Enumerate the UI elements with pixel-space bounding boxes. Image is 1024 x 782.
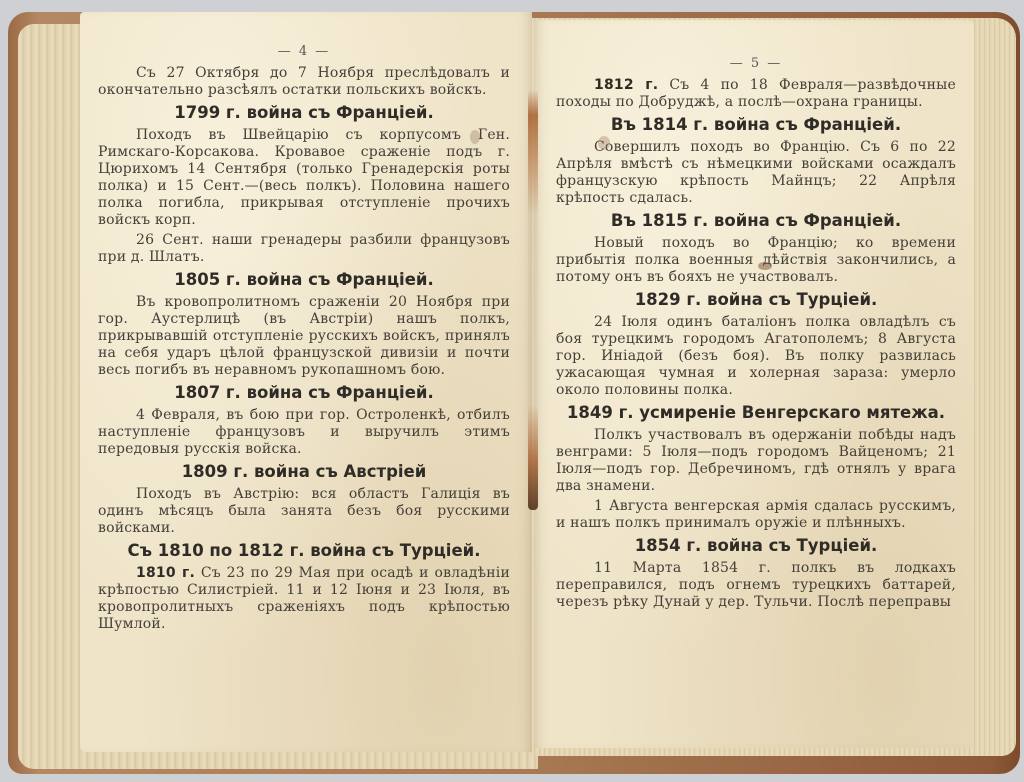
paragraph: 1 Августа венгерская армія сдалась русск…: [556, 498, 956, 532]
right-page: — 5 — 1812 г. Съ 4 по 18 Февраля—развѣдо…: [534, 20, 974, 748]
paragraph: 1812 г. Съ 4 по 18 Февраля—развѣдочные п…: [556, 77, 956, 111]
year-lead: 1810 г.: [136, 565, 195, 581]
year-lead: 1812 г.: [594, 77, 658, 93]
page-number: — 5 —: [556, 56, 956, 71]
paper-stain: [758, 262, 772, 270]
section-heading: 1799 г. война съ Франціей.: [98, 103, 510, 122]
paragraph: Съ 27 Октября до 7 Ноября преслѣдовалъ и…: [98, 65, 510, 99]
section-heading: 1809 г. война съ Австріей: [98, 462, 510, 481]
paragraph: Походъ въ Австрію: вся областъ Галиція в…: [98, 486, 510, 537]
section-heading: Въ 1815 г. война съ Франціей.: [556, 211, 956, 230]
section-heading: Съ 1810 по 1812 г. война съ Турціей.: [98, 541, 510, 560]
left-page: — 4 — Съ 27 Октября до 7 Ноября преслѣдо…: [80, 12, 532, 752]
book-spine-stain: [528, 90, 538, 510]
section-heading: 1854 г. война съ Турціей.: [556, 536, 956, 555]
paragraph: 1810 г. Съ 23 по 29 Мая при осадѣ и овла…: [98, 565, 510, 633]
paragraph: 26 Сент. наши гренадеры разбили французо…: [98, 232, 510, 266]
section-heading: 1807 г. война съ Франціей.: [98, 383, 510, 402]
paragraph: 11 Марта 1854 г. полкъ въ лодкахъ перепр…: [556, 560, 956, 611]
paragraph: Полкъ участвовалъ въ одержаніи побѣды на…: [556, 427, 956, 495]
page-number: — 4 —: [98, 44, 510, 59]
paper-stain: [598, 136, 610, 150]
paragraph: Въ кровопролитномъ сраженіи 20 Ноября пр…: [98, 294, 510, 379]
paragraph: Новый походъ во Францію; ко времени приб…: [556, 235, 956, 286]
paragraph: Совершилъ походъ во Францію. Съ 6 по 22 …: [556, 139, 956, 207]
paragraph: 4 Февраля, въ бою при гор. Остроленкѣ, о…: [98, 407, 510, 458]
open-book: — 4 — Съ 27 Октября до 7 Ноября преслѣдо…: [0, 0, 1024, 782]
section-heading: Въ 1814 г. война съ Франціей.: [556, 115, 956, 134]
paragraph: Походъ въ Швейцарію съ корпусомъ Ген. Ри…: [98, 127, 510, 229]
paragraph: 24 Іюля одинъ баталіонъ полка овладѣлъ с…: [556, 314, 956, 399]
section-heading: 1805 г. война съ Франціей.: [98, 270, 510, 289]
section-heading: 1849 г. усмиреніе Венгерскаго мятежа.: [556, 403, 956, 422]
paper-stain: [470, 130, 480, 144]
section-heading: 1829 г. война съ Турціей.: [556, 290, 956, 309]
